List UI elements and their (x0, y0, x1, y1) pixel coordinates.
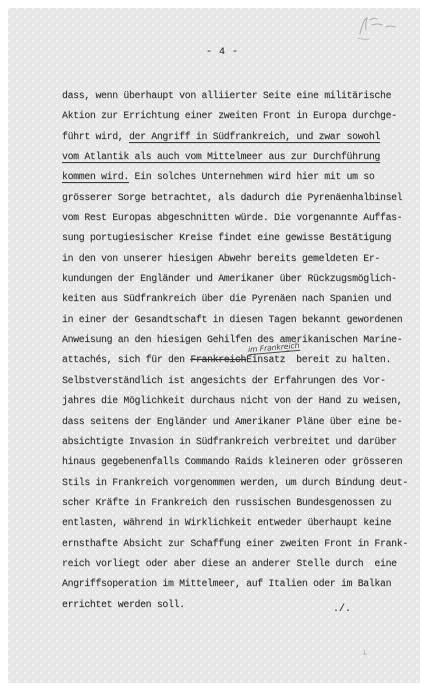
text-line: scher Kräfte in Frankreich den russische… (62, 493, 418, 513)
scan-speck (360, 648, 370, 658)
text-segment: Ein solches Unternehmen wird hier mit um… (129, 171, 374, 182)
text-segment: keiten aus Südfrankreich über die Pyrenä… (62, 293, 391, 304)
text-segment: absichtigte Invasion in Südfrankreich ve… (62, 436, 397, 447)
text-segment: grösserer Sorge betrachtet, als dadurch … (62, 192, 402, 203)
scanned-document-page: - 4 - dass, wenn überhaupt von alliierte… (8, 8, 420, 683)
text-segment: Stils in Frankreich vorgenommen werden, … (62, 477, 408, 488)
text-line: kundungen der Engländer und Amerikaner ü… (62, 269, 418, 289)
underlined-text: vom Atlantik als auch vom Mittelmeer aus… (62, 151, 380, 162)
text-line: keiten aus Südfrankreich über die Pyrenä… (62, 289, 418, 309)
text-line: dass seitens der Engländer und Amerikane… (62, 412, 418, 432)
text-segment: Selbstverständlich ist angesichts der Er… (62, 375, 386, 386)
text-line: vom Atlantik als auch vom Mittelmeer aus… (62, 147, 418, 167)
text-segment: ernsthafte Absicht zur Schaffung einer z… (62, 538, 408, 549)
text-segment: hinaus gegebenenfalls Commando Raids kle… (62, 456, 402, 467)
text-segment: dass seitens der Engländer und Amerikane… (62, 416, 402, 427)
text-line: ernsthafte Absicht zur Schaffung einer z… (62, 534, 418, 554)
text-segment: Aktion zur Errichtung einer zweiten Fron… (62, 110, 397, 121)
text-line: jahres die Möglichkeit durchaus nicht vo… (62, 391, 418, 411)
text-line: Aktion zur Errichtung einer zweiten Fron… (62, 106, 418, 126)
text-line: reich vorliegt oder aber diese an andere… (62, 554, 418, 574)
text-line: sung portugiesischer Kreise findet eine … (62, 228, 418, 248)
text-segment: Angriffsoperation im Mittelmeer, auf Ita… (62, 578, 391, 589)
continuation-mark: ./. (333, 604, 351, 615)
text-segment: in einer der Gesandtschaft in diesen Tag… (62, 314, 402, 325)
text-segment: kundungen der Engländer und Amerikaner ü… (62, 273, 397, 284)
text-segment: scher Kräfte in Frankreich den russische… (62, 497, 391, 508)
pencil-scribble-icon (338, 8, 410, 50)
text-segment: attachés, sich für den (62, 354, 190, 365)
underlined-text: kommen wird. (62, 171, 129, 182)
text-line: absichtigte Invasion in Südfrankreich ve… (62, 432, 418, 452)
text-line: attachés, sich für den FrankreichEinsatz… (62, 350, 418, 370)
text-segment: in den von unserer hiesigen Abwehr berei… (62, 253, 380, 264)
text-line: dass, wenn überhaupt von alliierter Seit… (62, 86, 418, 106)
text-line: führt wird, der Angriff in Südfrankreich… (62, 127, 418, 147)
body-text: dass, wenn überhaupt von alliierter Seit… (62, 86, 418, 615)
text-line: entlasten, während in Wirklichkeit entwe… (62, 513, 418, 533)
text-segment: errichtet werden soll. (62, 599, 185, 610)
struck-out-word: Frankreich (190, 354, 246, 365)
text-segment: führt wird, (62, 131, 129, 142)
page-number: - 4 - (206, 47, 239, 58)
text-line: Selbstverständlich ist angesichts der Er… (62, 371, 418, 391)
underlined-text: der Angriff in Südfrankreich, und zwar s… (129, 131, 380, 142)
text-line: vom Rest Europas abgeschnitten würde. Di… (62, 208, 418, 228)
text-segment: reich vorliegt oder aber diese an andere… (62, 558, 397, 569)
text-segment: dass, wenn überhaupt von alliierter Seit… (62, 90, 391, 101)
text-line: in einer der Gesandtschaft in diesen Tag… (62, 310, 418, 330)
text-line: Angriffsoperation im Mittelmeer, auf Ita… (62, 574, 418, 594)
text-line: in den von unserer hiesigen Abwehr berei… (62, 249, 418, 269)
text-segment: vom Rest Europas abgeschnitten würde. Di… (62, 212, 402, 223)
text-segment: jahres die Möglichkeit durchaus nicht vo… (62, 395, 402, 406)
text-segment: bereit zu halten. (291, 354, 391, 365)
text-segment: Anweisung an den hiesigen Gehilfen des a… (62, 334, 402, 345)
text-line: kommen wird. Ein solches Unternehmen wir… (62, 167, 418, 187)
insertion-caret-mark: ˇ (285, 350, 290, 360)
text-segment: entlasten, während in Wirklichkeit entwe… (62, 517, 391, 528)
text-line: hinaus gegebenenfalls Commando Raids kle… (62, 452, 418, 472)
text-line: errichtet werden soll. (62, 595, 418, 615)
text-line: Stils in Frankreich vorgenommen werden, … (62, 473, 418, 493)
text-segment: Einsatzim Frankreich (246, 354, 285, 365)
text-line: Anweisung an den hiesigen Gehilfen des a… (62, 330, 418, 350)
text-segment: sung portugiesischer Kreise findet eine … (62, 232, 391, 243)
text-line: grösserer Sorge betrachtet, als dadurch … (62, 188, 418, 208)
